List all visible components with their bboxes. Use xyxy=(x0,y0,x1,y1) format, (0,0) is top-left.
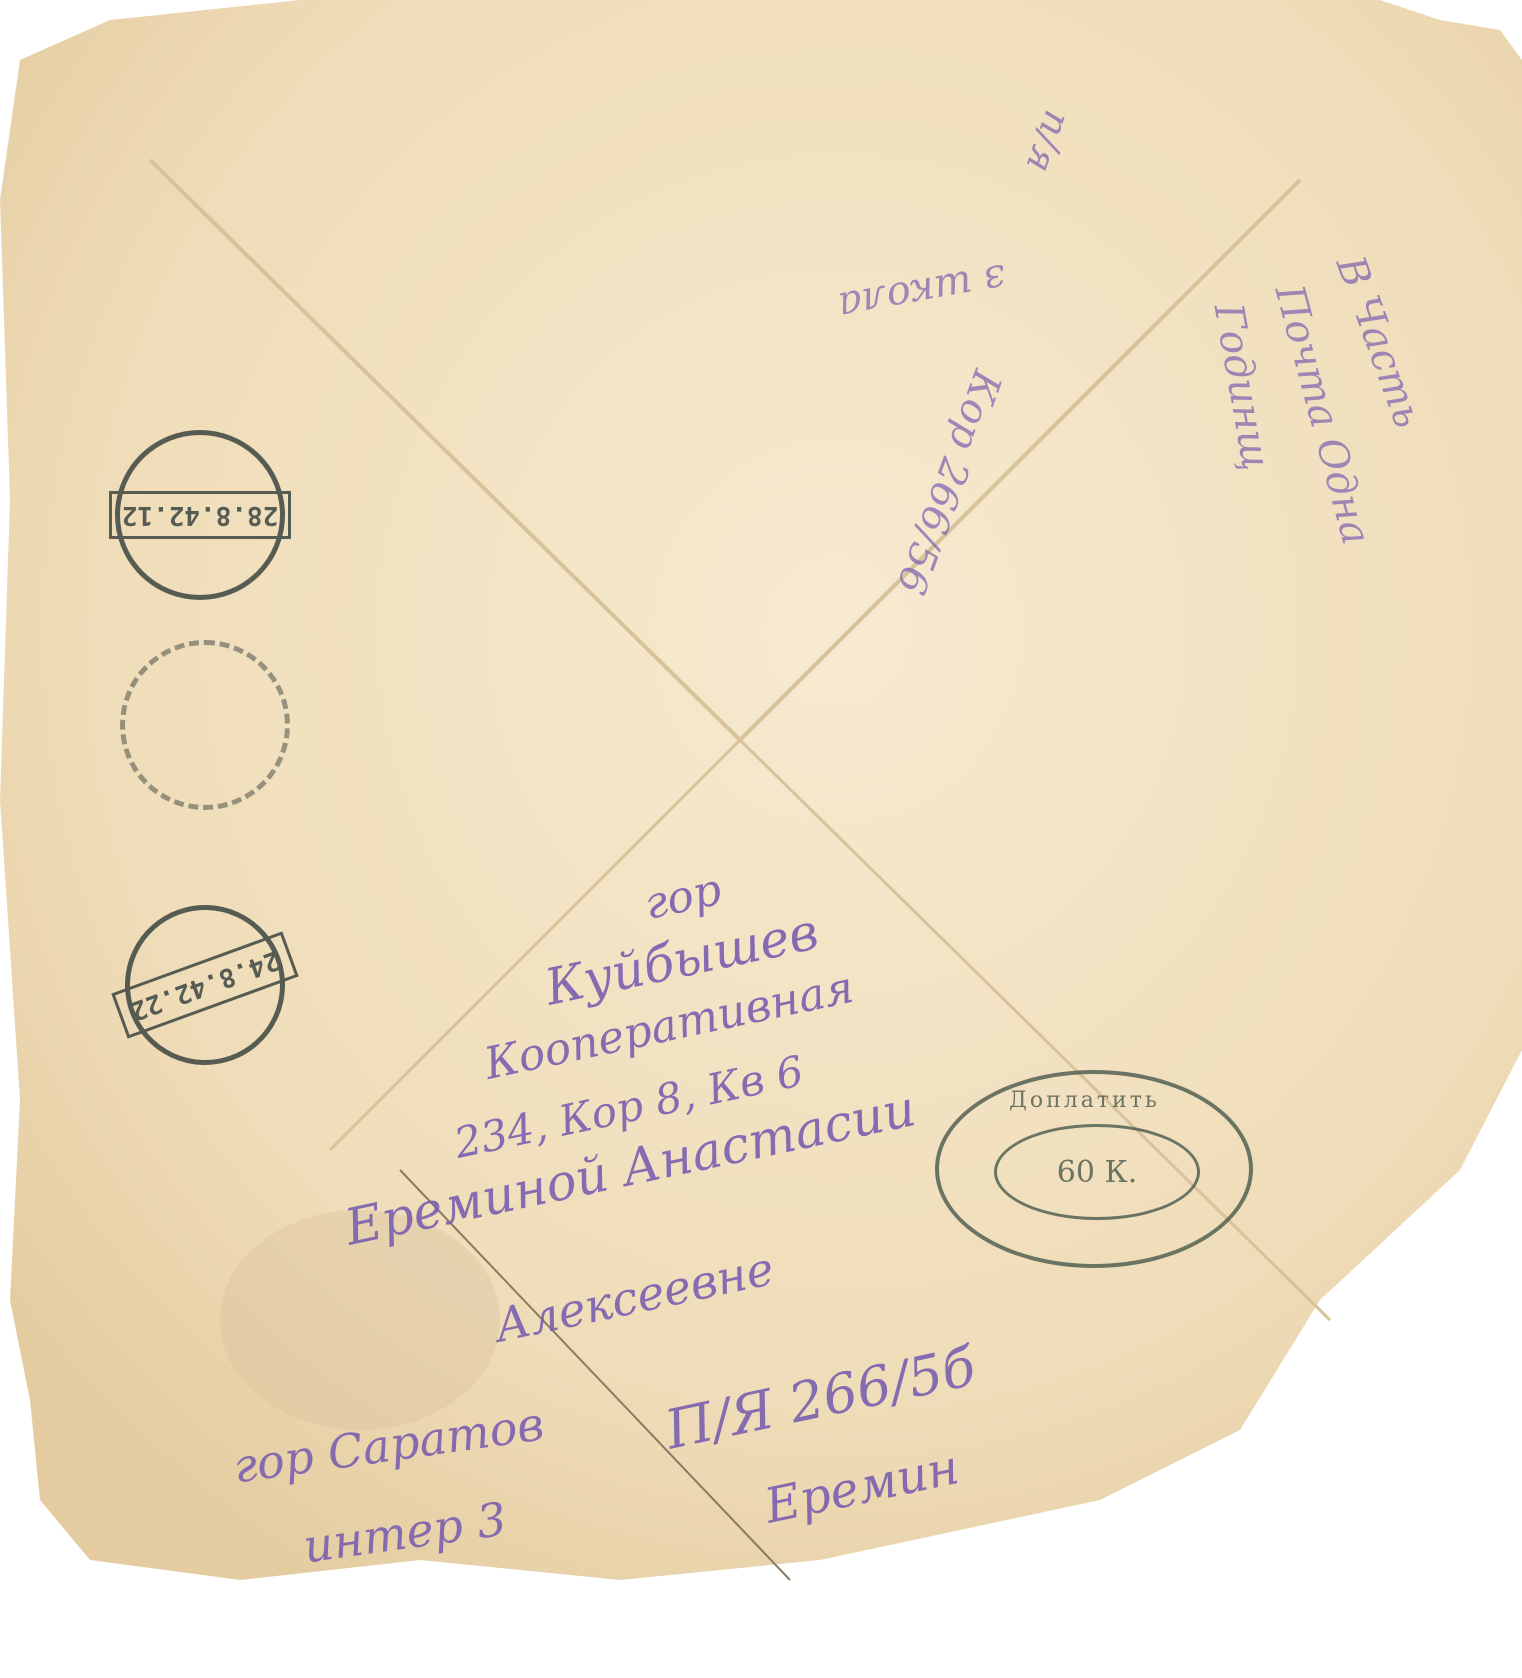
postmark-date: 24.8.42.22 xyxy=(111,931,299,1039)
fee-amount: 60 К. xyxy=(994,1124,1200,1220)
postmark-kuibyshev: 28.8.42.12 xyxy=(115,430,285,600)
postmark-date: 28.8.42.12 xyxy=(109,491,292,539)
fee-stamp: Доплатить 60 К. xyxy=(935,1070,1253,1268)
fee-stamp-header: Доплатить xyxy=(1009,1088,1160,1113)
postmark-smudged xyxy=(120,640,290,810)
